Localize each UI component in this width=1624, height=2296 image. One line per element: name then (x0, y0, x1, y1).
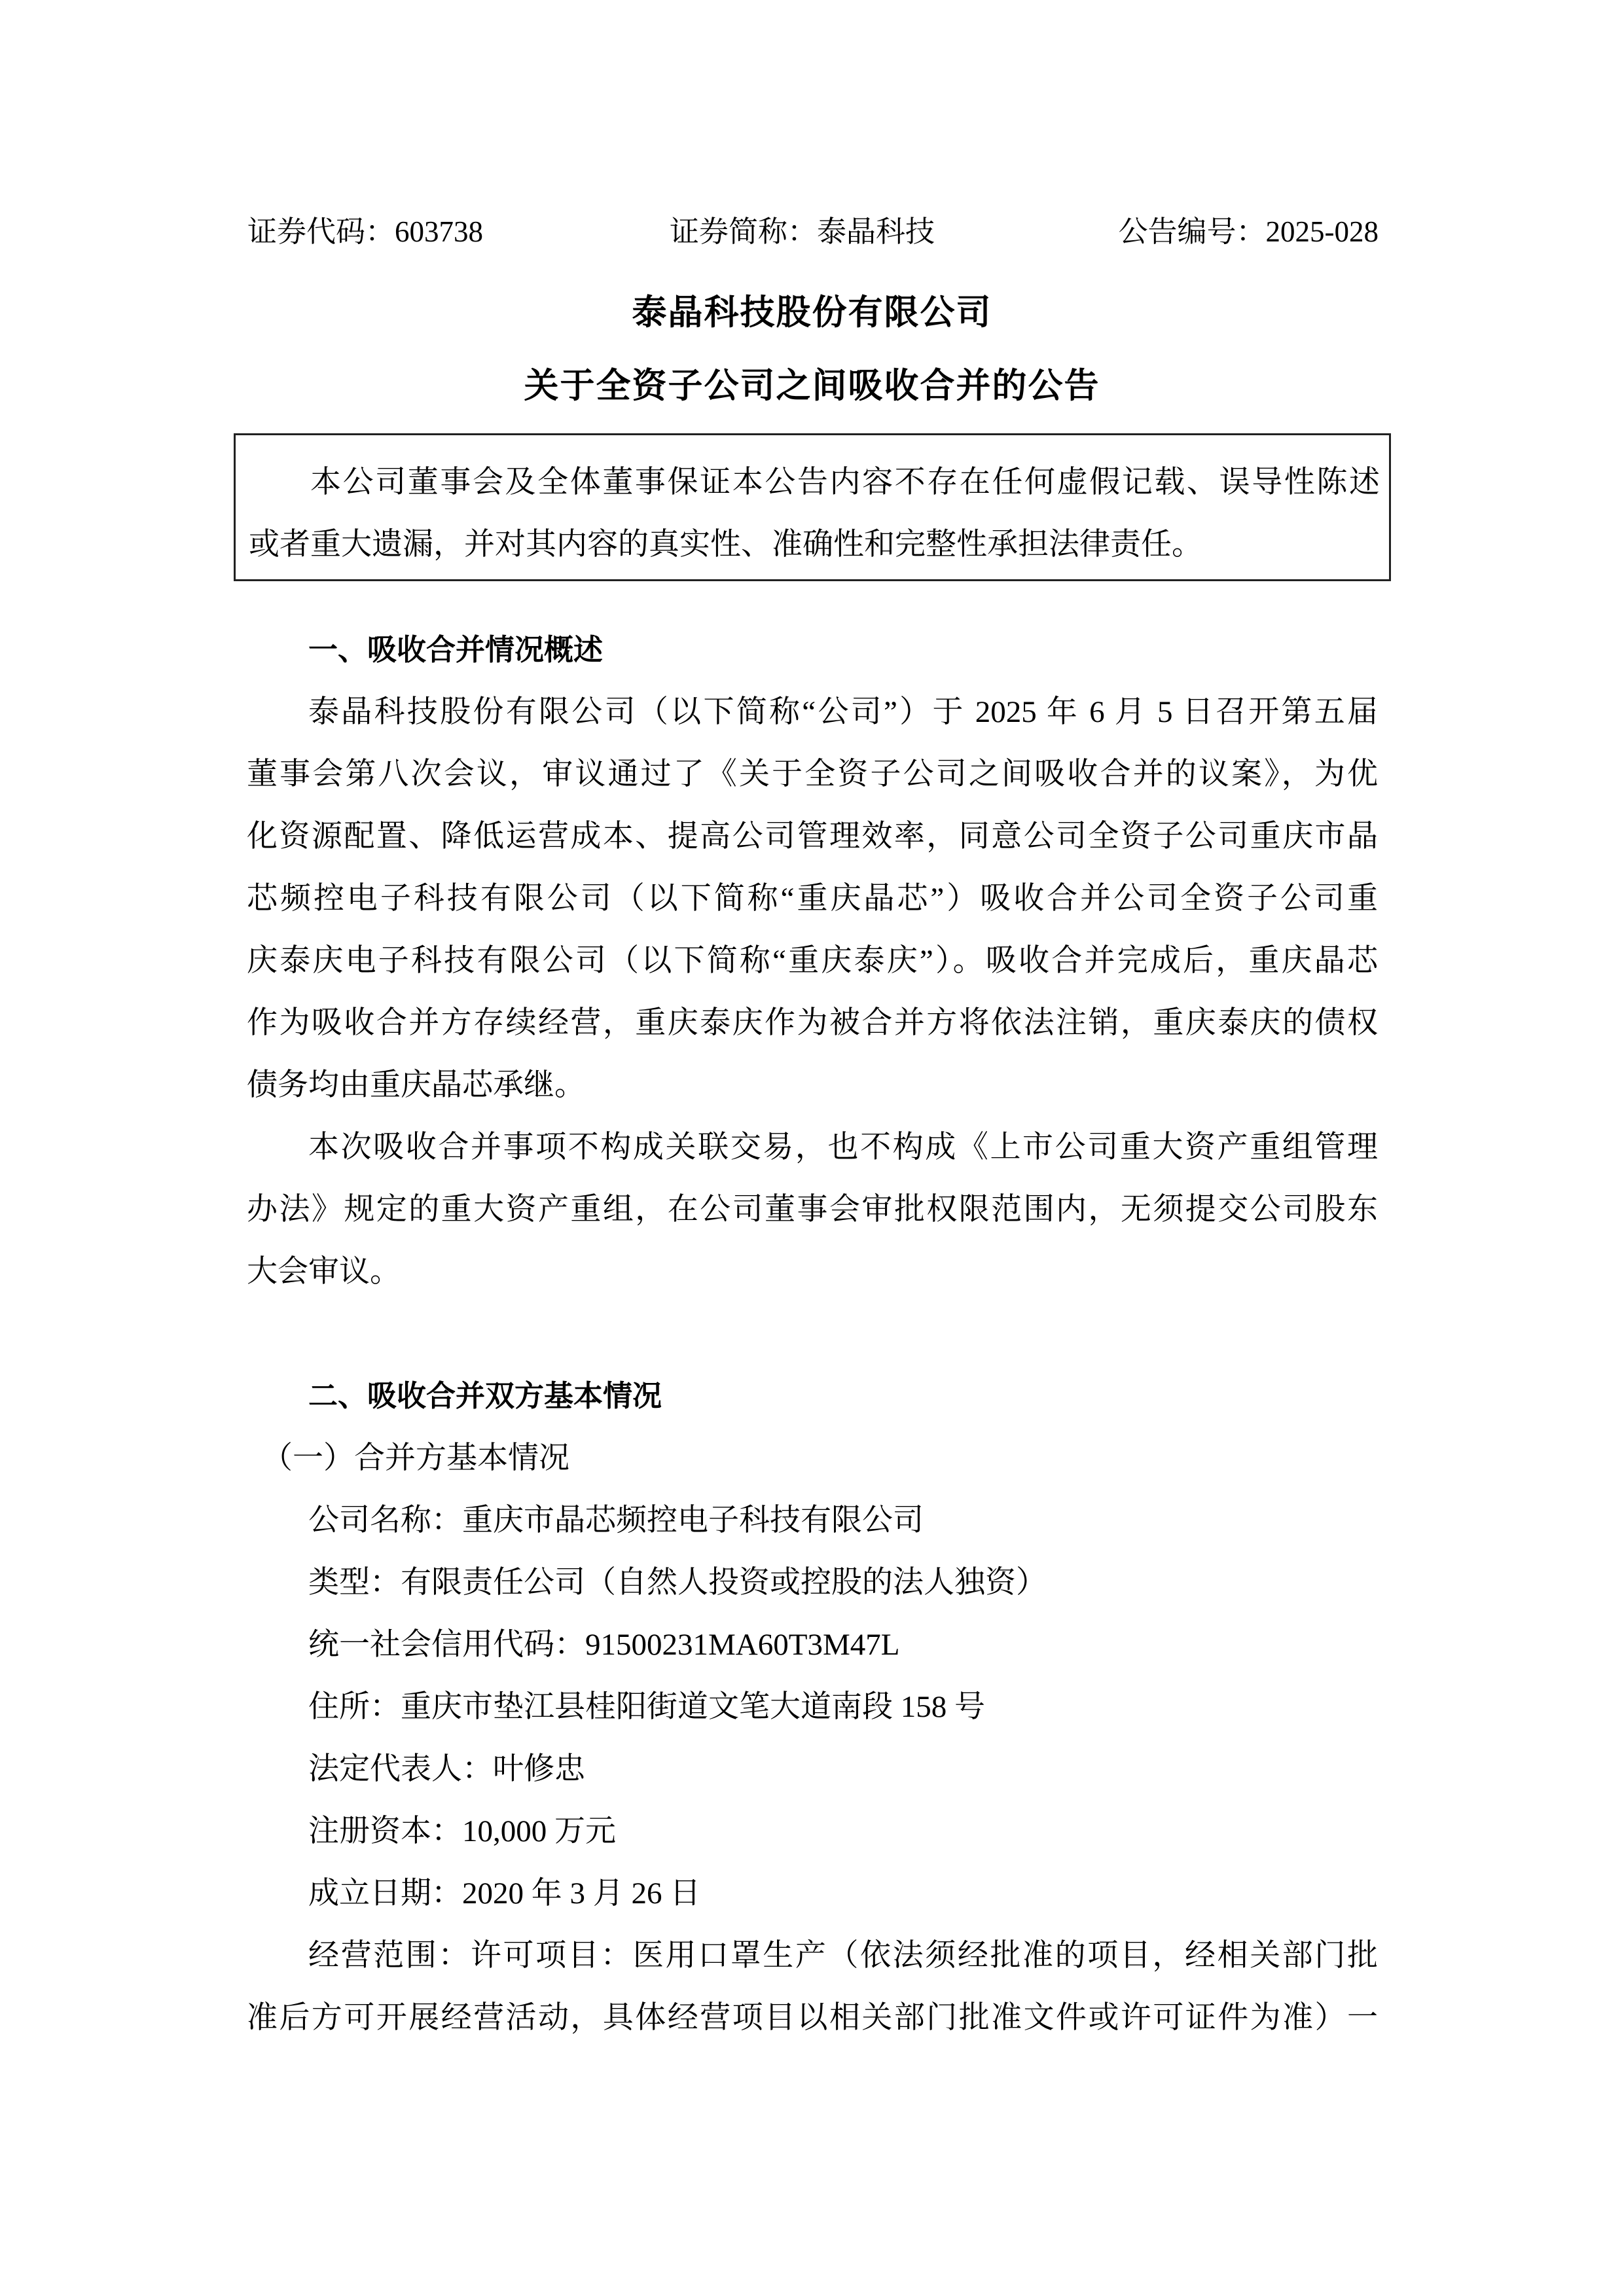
section-heading: 二、吸收合并双方基本情况 (308, 1372, 1378, 1420)
announcement-title: 关于全资子公司之间吸收合并的公告 (0, 363, 1624, 410)
announcement-header: 证券代码：603738 证券简称：泰晶科技 公告编号：2025-028 (247, 208, 1379, 255)
field-company-type: 类型：有限责任公司（自然人投资或控股的法人独资） (308, 1559, 1378, 1606)
paragraph-line: 大会审议。 (247, 1248, 1378, 1295)
paragraph-line: 本次吸收合并事项不构成关联交易，也不构成《上市公司重大资产重组管理 (308, 1124, 1378, 1171)
paragraph-line: 庆泰庆电子科技有限公司（以下简称“重庆泰庆”）。吸收合并完成后，重庆晶芯 (247, 937, 1378, 984)
notice-line: 本公司董事会及全体董事保证本公告内容不存在任何虚假记载、误导性陈述 (249, 452, 1380, 514)
document-page: 证券代码：603738 证券简称：泰晶科技 公告编号：2025-028 泰晶科技… (0, 0, 1624, 2296)
field-credit-code: 统一社会信用代码：91500231MA60T3M47L (308, 1621, 1378, 1668)
field-establishment-date: 成立日期：2020 年 3 月 26 日 (308, 1870, 1378, 1917)
section-heading: 一、吸收合并情况概述 (308, 626, 1378, 673)
paragraph-line: 芯频控电子科技有限公司（以下简称“重庆晶芯”）吸收合并公司全资子公司重 (247, 875, 1378, 922)
field-business-scope: 准后方可开展经营活动，具体经营项目以相关部门批准文件或许可证件为准）一 (247, 1994, 1378, 2041)
company-title: 泰晶科技股份有限公司 (0, 289, 1624, 336)
subsection-heading: （一）合并方基本情况 (262, 1435, 1393, 1482)
paragraph-line: 作为吸收合并方存续经营，重庆泰庆作为被合并方将依法注销，重庆泰庆的债权 (247, 999, 1378, 1047)
board-guarantee-notice-box: 本公司董事会及全体董事保证本公告内容不存在任何虚假记载、误导性陈述 或者重大遗漏… (234, 433, 1391, 581)
stock-abbreviation: 证券简称：泰晶科技 (670, 208, 935, 255)
field-legal-representative: 法定代表人：叶修忠 (308, 1746, 1378, 1793)
paragraph-line: 泰晶科技股份有限公司（以下简称“公司”）于 2025 年 6 月 5 日召开第五… (308, 689, 1378, 736)
field-business-scope: 经营范围：许可项目：医用口罩生产（依法须经批准的项目，经相关部门批 (308, 1932, 1378, 1979)
field-address: 住所：重庆市垫江县桂阳街道文笔大道南段 158 号 (308, 1683, 1378, 1731)
paragraph-line: 董事会第八次会议，审议通过了《关于全资子公司之间吸收合并的议案》，为优 (247, 751, 1378, 798)
notice-line: 或者重大遗漏，并对其内容的真实性、准确性和完整性承担法律责任。 (249, 514, 1380, 576)
paragraph-line: 化资源配置、降低运营成本、提高公司管理效率，同意公司全资子公司重庆市晶 (247, 813, 1378, 860)
stock-code: 证券代码：603738 (247, 208, 483, 255)
announcement-number: 公告编号：2025-028 (1119, 208, 1379, 255)
paragraph-line: 办法》规定的重大资产重组，在公司董事会审批权限范围内，无须提交公司股东 (247, 1186, 1378, 1233)
field-registered-capital: 注册资本：10,000 万元 (308, 1808, 1378, 1855)
field-company-name: 公司名称：重庆市晶芯频控电子科技有限公司 (308, 1497, 1378, 1544)
paragraph-line: 债务均由重庆晶芯承继。 (247, 1062, 1378, 1109)
